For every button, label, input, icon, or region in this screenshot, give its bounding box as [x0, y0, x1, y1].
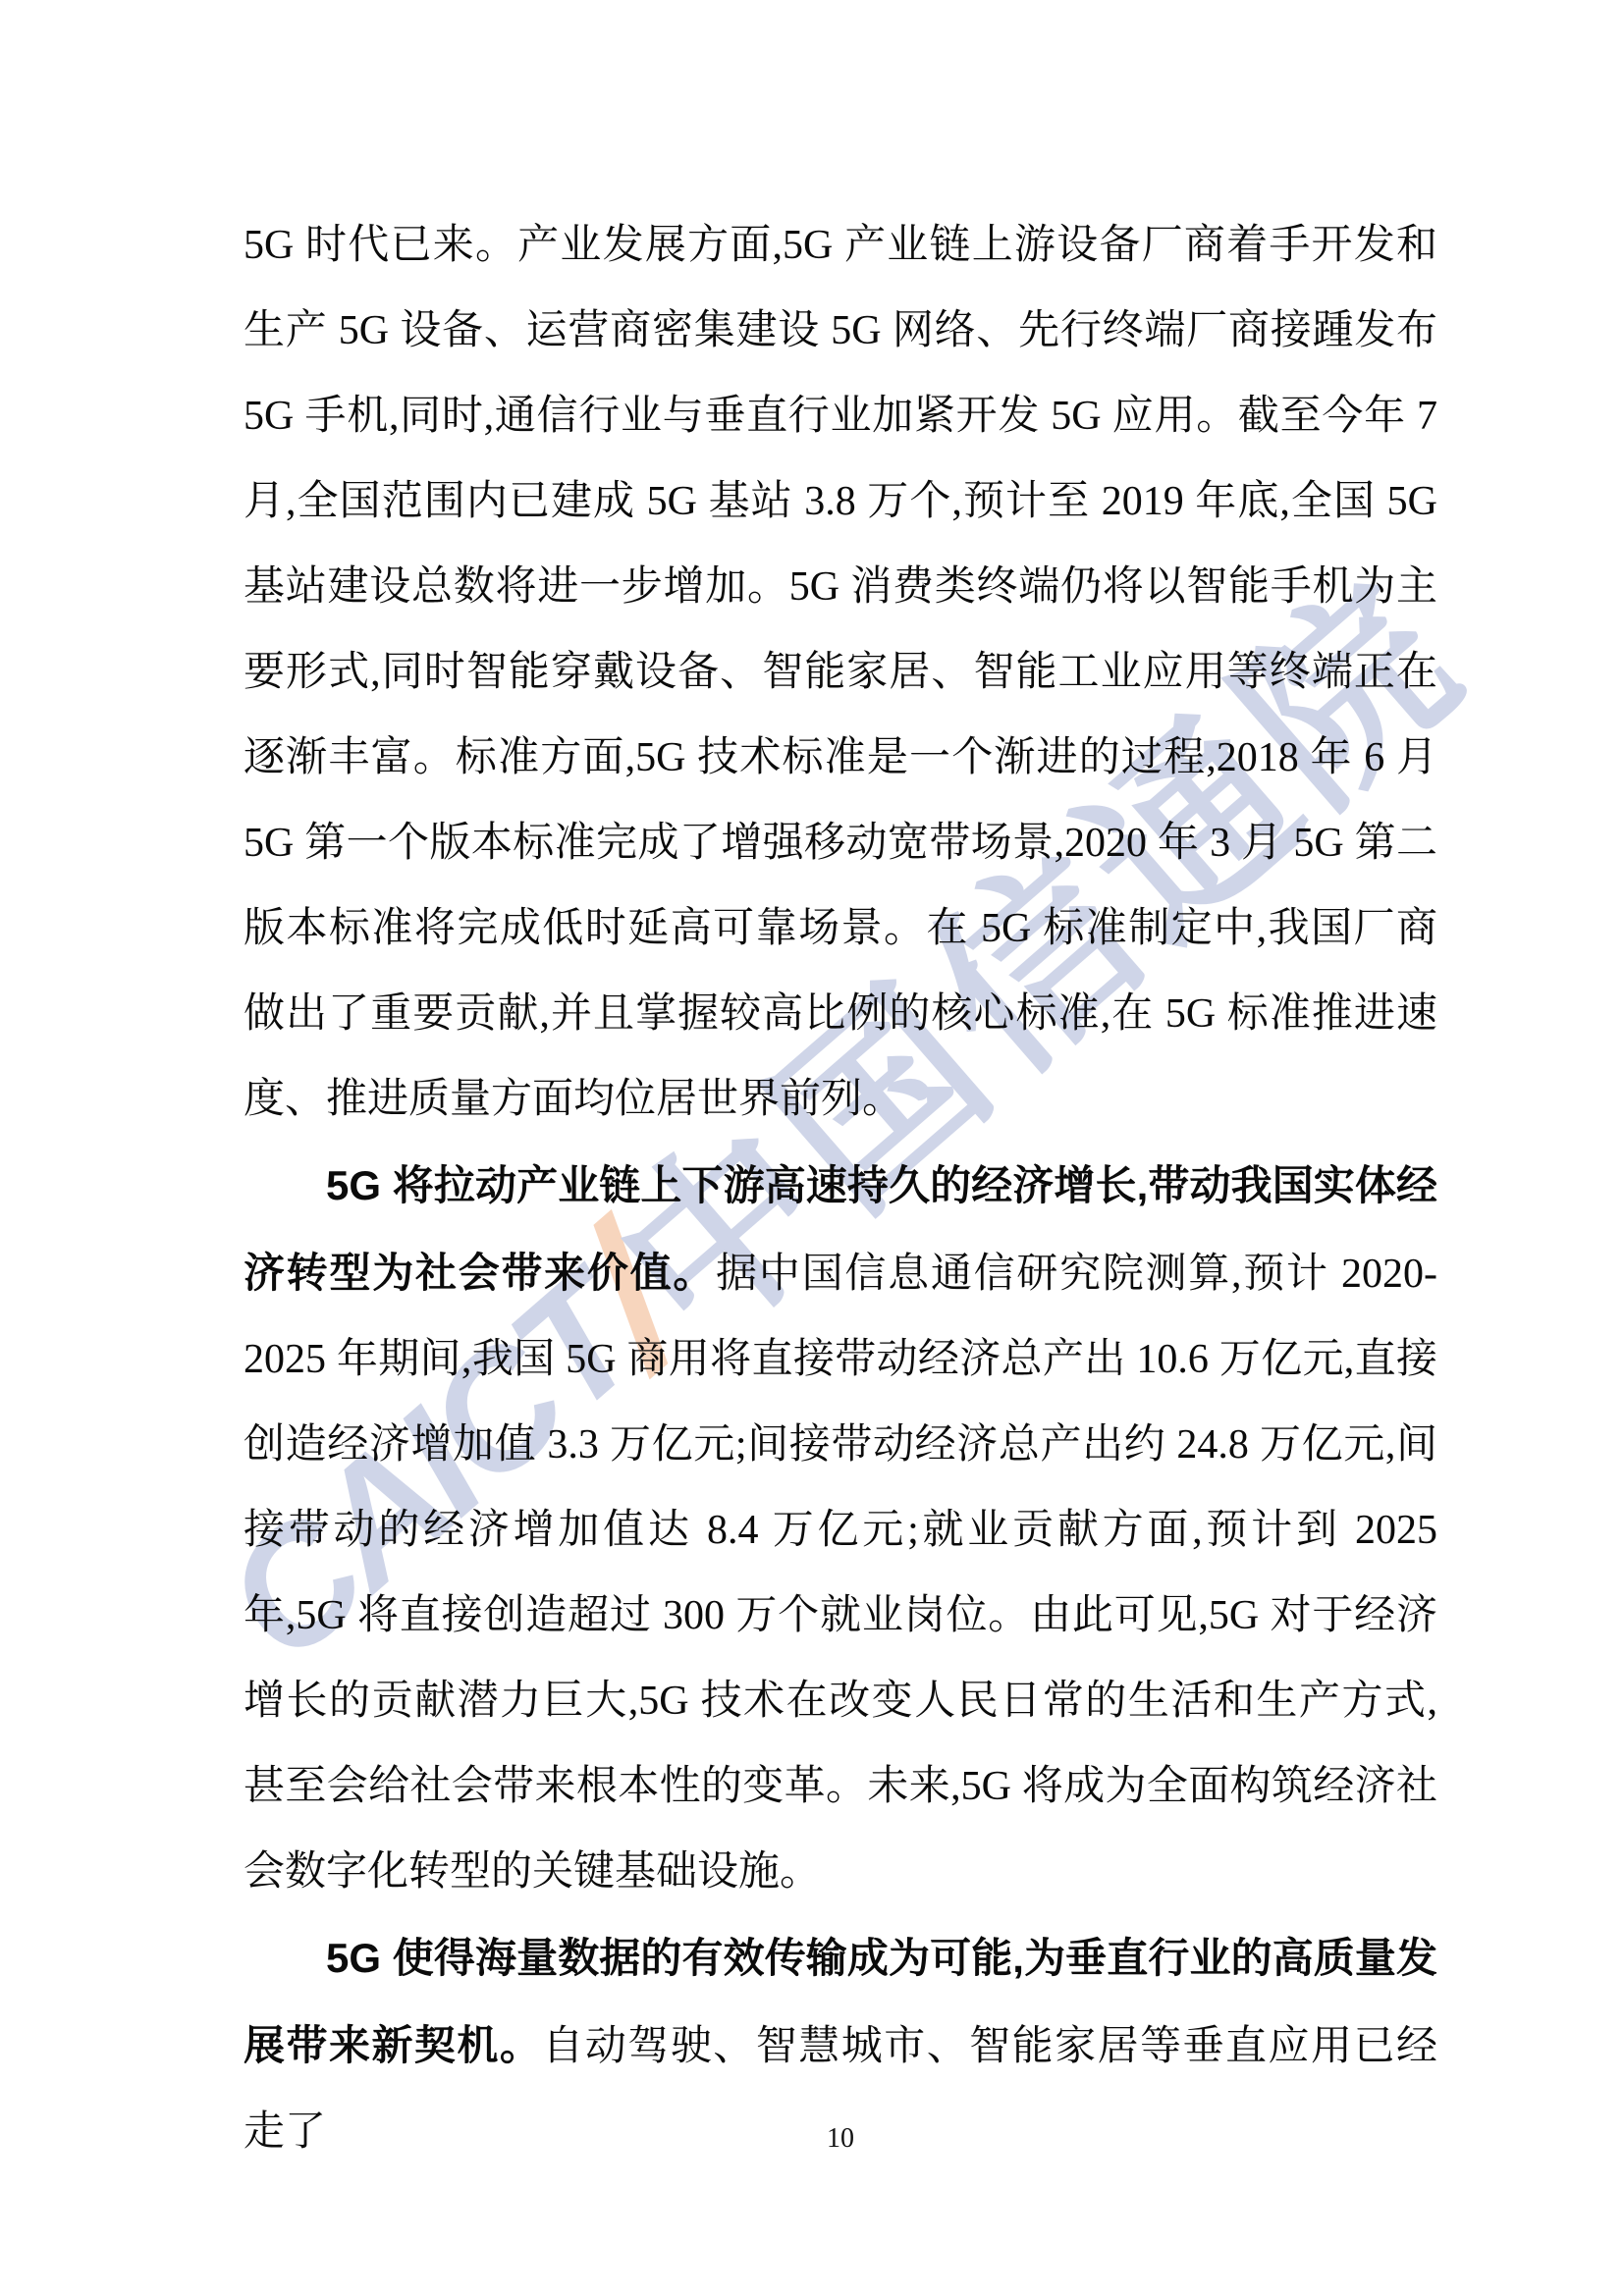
document-page: CAICT / 中国信通院 5G 时代已来。产业发展方面,5G 产业链上游设备厂…	[0, 0, 1624, 2296]
paragraph: 5G 将拉动产业链上下游高速持久的经济增长,带动我国实体经济转型为社会带来价值。…	[244, 1143, 1437, 1915]
paragraph-text: 5G 时代已来。产业发展方面,5G 产业链上游设备厂商着手开发和生产 5G 设备…	[244, 223, 1437, 1122]
page-body: 5G 时代已来。产业发展方面,5G 产业链上游设备厂商着手开发和生产 5G 设备…	[244, 203, 1437, 2175]
paragraph-text: 据中国信息通信研究院测算,预计 2020-2025 年期间,我国 5G 商用将直…	[244, 1252, 1437, 1895]
paragraph: 5G 时代已来。产业发展方面,5G 产业链上游设备厂商着手开发和生产 5G 设备…	[244, 203, 1437, 1143]
page-number: 10	[244, 2123, 1437, 2155]
